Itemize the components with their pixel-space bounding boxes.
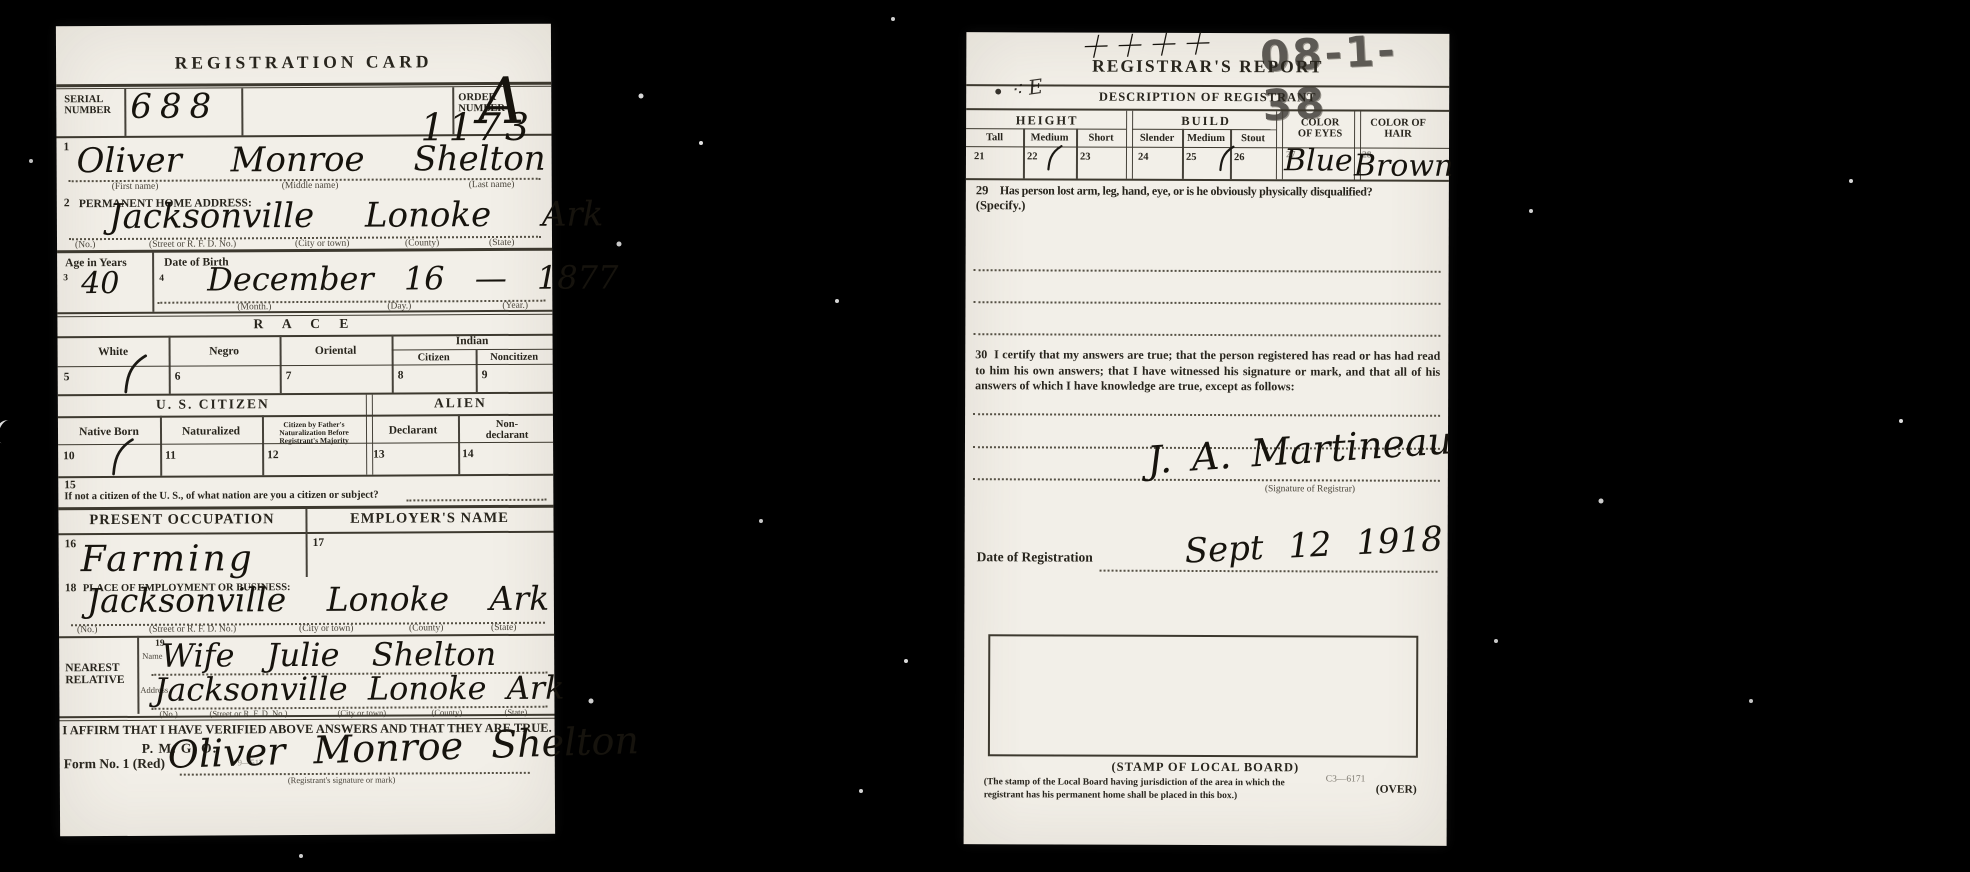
registrant-signature-handwritten: Oliver Monroe Shelton	[167, 723, 639, 772]
dotted-line	[974, 269, 1441, 273]
rule	[392, 349, 553, 351]
color-of-eyes-header: COLOR OF EYES	[1294, 117, 1346, 140]
microfilm-scan: { "registration_card": { "title": "REGIS…	[0, 0, 1970, 872]
race-number-7: 7	[286, 370, 292, 382]
dotted-line	[157, 300, 545, 304]
no-sublabel: (No.)	[77, 626, 97, 636]
citizen-number-10: 10	[63, 450, 75, 462]
question-30-text: I certify that my answers are true; that…	[975, 347, 1440, 393]
county-sublabel: (County)	[409, 624, 443, 634]
question-3-number: 3	[63, 273, 68, 283]
height-tall-label: Tall	[966, 132, 1023, 144]
question-15-text: If not a citizen of the U. S., of what n…	[64, 490, 378, 503]
divider	[137, 636, 139, 714]
race-number-9: 9	[482, 369, 488, 381]
serial-number-handwritten: 688	[130, 91, 219, 122]
race-indian-noncitizen-label: Noncitizen	[476, 352, 553, 364]
citizen-by-father-label: Citizen by Father's Naturalization Befor…	[264, 421, 364, 446]
check-mark-icon	[100, 434, 140, 476]
build-slender-label: Slender	[1132, 133, 1182, 145]
last-name-sublabel: (Last name)	[469, 181, 515, 191]
citizen-number-14: 14	[462, 448, 474, 460]
relative-address-sublabels: (No.) (Street or R. F. D. No.) (City or …	[56, 24, 551, 27]
build-number-24: 24	[1138, 152, 1149, 163]
build-header: BUILD	[1134, 115, 1278, 129]
divider	[152, 252, 154, 312]
divider	[1126, 111, 1133, 179]
divider	[476, 349, 478, 392]
relative-name-handwritten: Wife Julie Shelton	[161, 640, 496, 671]
question-29-number: 29	[976, 184, 989, 198]
nearest-relative-label: NEAREST RELATIVE	[65, 662, 133, 687]
rule	[1132, 129, 1276, 131]
name-sublabels: (First name) (Middle name) (Last name)	[56, 24, 551, 27]
height-number-22: 22	[1027, 151, 1038, 162]
home-address-handwritten: Jacksonville Lonoke Ark	[109, 199, 604, 232]
dotted-line	[973, 333, 1440, 337]
citizen-number-12: 12	[267, 449, 279, 461]
race-number-8: 8	[398, 369, 404, 381]
color-of-hair-header: COLOR OF HAIR	[1370, 118, 1426, 141]
rule	[57, 248, 552, 253]
race-section-header: R A C E	[57, 316, 552, 333]
rule	[966, 128, 1126, 130]
check-mark-icon	[1214, 139, 1236, 175]
registrant-signature-sublabel: (Registrant's signature or mark)	[288, 776, 396, 785]
non-declarant-label: Non-declarant	[478, 419, 536, 442]
height-number-21: 21	[974, 151, 985, 162]
film-dust-specks	[0, 0, 2, 2]
race-white-label: White	[58, 346, 169, 359]
divider	[241, 88, 243, 135]
address-sublabels: (No.) (Street or R. F. D. No.) (City or …	[56, 24, 551, 27]
question-4-number: 4	[159, 274, 164, 284]
middle-name-sublabel: (Middle name)	[282, 182, 339, 192]
citizen-number-11: 11	[165, 450, 176, 462]
employment-sublabels: (No.) (Street or R. F. D. No.) (City or …	[56, 24, 551, 27]
us-citizen-header: U. S. CITIZEN	[58, 397, 368, 413]
serial-number-label: SERIAL NUMBER	[64, 94, 120, 117]
question-29-specify-label: (Specify.)	[976, 199, 1026, 213]
date-of-registration-label: Date of Registration	[977, 550, 1093, 565]
over-label: (OVER)	[1376, 784, 1417, 797]
question-29-text: Has person lost arm, leg, hand, eye, or …	[1000, 184, 1373, 198]
margin-ink-mark: • ⁖ E	[991, 77, 1044, 102]
street-sublabel: (Street or R. F. D. No.)	[149, 625, 236, 635]
question-1-number: 1	[63, 141, 69, 153]
eye-color-handwritten: Blue	[1284, 147, 1353, 174]
employers-name-header: EMPLOYER'S NAME	[305, 511, 553, 528]
naturalized-label: Naturalized	[160, 425, 262, 438]
occupation-handwritten: Farming	[81, 543, 255, 576]
relative-address-handwritten: Jacksonville Lonoke Ark	[154, 674, 564, 705]
city-sublabel: (City or town)	[299, 625, 353, 635]
registration-date-handwritten: Sept 12 1918	[1184, 524, 1443, 567]
stamp-of-local-board-label: (STAMP OF LOCAL BOARD)	[964, 760, 1447, 775]
citizen-number-13: 13	[373, 449, 385, 461]
question-30-number: 30	[975, 347, 987, 361]
question-18-number: 18	[65, 582, 77, 594]
dob-sublabels: (Month.) (Day.) (Year.)	[56, 24, 551, 27]
question-17-number: 17	[313, 537, 325, 549]
divider	[124, 89, 126, 136]
dotted-line	[973, 478, 1440, 482]
registration-card: REGISTRATION CARD SERIAL NUMBER 688 ORDE…	[56, 24, 555, 837]
race-negro-label: Negro	[169, 345, 280, 358]
dotted-line	[973, 301, 1440, 305]
race-indian-citizen-label: Citizen	[392, 352, 476, 364]
height-short-label: Short	[1076, 133, 1126, 145]
form-number-label: Form No. 1 (Red)	[64, 757, 165, 772]
divider	[458, 414, 460, 474]
state-sublabel: (State)	[491, 624, 516, 634]
alien-header: ALIEN	[368, 396, 553, 412]
hair-color-handwritten: Brown	[1354, 153, 1454, 180]
dotted-line	[973, 413, 1440, 417]
registrar-signature-sublabel: (Signature of Registrar)	[1265, 485, 1355, 495]
dotted-line	[1100, 570, 1438, 573]
build-number-25: 25	[1186, 152, 1197, 163]
question-15-number: 15	[64, 479, 76, 491]
declarant-label: Declarant	[370, 424, 456, 437]
question-2-number: 2	[64, 197, 70, 209]
relative-name-sublabel: Name	[142, 652, 162, 661]
film-scratch	[0, 418, 18, 447]
registration-card-title: REGISTRATION CARD	[56, 52, 551, 73]
height-number-23: 23	[1080, 152, 1091, 163]
race-oriental-label: Oriental	[280, 345, 392, 358]
divider	[169, 336, 171, 394]
age-handwritten: 40	[81, 270, 119, 297]
race-indian-label: Indian	[392, 335, 553, 348]
registrar-signature-handwritten: J. A. Martineau	[1146, 423, 1453, 477]
question-30-paragraph: 30 I certify that my answers are true; t…	[975, 347, 1440, 395]
divider	[1276, 111, 1283, 179]
print-code: C3—6171	[1326, 775, 1366, 785]
present-occupation-header: PRESENT OCCUPATION	[58, 512, 305, 529]
dob-handwritten: December 16 — 1877	[207, 263, 618, 294]
stamp-instruction-note: (The stamp of the Local Board having jur…	[984, 776, 1306, 803]
check-mark-icon	[1042, 138, 1064, 174]
dotted-line	[406, 499, 546, 502]
race-number-6: 6	[175, 371, 181, 383]
local-board-stamp-box	[988, 634, 1418, 758]
race-number-5: 5	[64, 371, 70, 383]
height-header: HEIGHT	[966, 114, 1128, 128]
first-name-sublabel: (First name)	[112, 183, 159, 193]
build-stout-label: Stout	[1230, 133, 1276, 144]
employment-place-handwritten: Jacksonville Lonoke Ark	[87, 584, 549, 616]
registrant-name-handwritten: Oliver Monroe Shelton	[77, 144, 546, 177]
registrars-report-card: ＋＋＋＋ 08-1-38 REGISTRAR'S REPORT • ⁖ E DE…	[964, 32, 1450, 846]
handwritten-tally-marks: ＋＋＋＋	[1078, 31, 1215, 62]
rule	[966, 108, 1449, 112]
rule	[58, 414, 553, 418]
question-16-number: 16	[65, 538, 77, 550]
check-mark-icon	[116, 350, 150, 394]
